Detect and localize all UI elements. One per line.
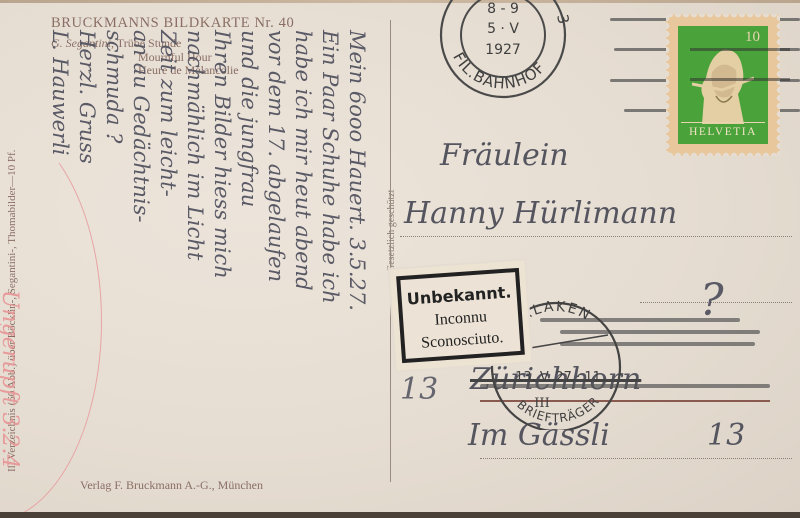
return-to-sender-label: Unbekannt. Inconnu Sconosciuto. [390, 260, 532, 370]
postmark-code: 3 [553, 13, 572, 26]
message-line: Zeit zum leicht- [154, 30, 181, 470]
message-line: Ein Paar Schuhe habe ich [316, 30, 343, 470]
message-line: an au Gedächtnis- [127, 30, 154, 470]
postmark-year: 1927 [485, 42, 521, 58]
stamp-country: HELVETIA [681, 122, 765, 141]
center-divider [390, 20, 391, 482]
message-line: Mein 6ooo Hauert. 3.5.27. [343, 30, 370, 470]
address-recipient-name: Hanny Hürlimann [404, 196, 677, 231]
label-unknown-de: Unbekannt. [401, 282, 517, 309]
message-line: habe ich mir heut abend [289, 30, 316, 470]
message-line: vor dem 17. abgelaufen [262, 30, 289, 470]
pencil-note: 13 [400, 372, 438, 407]
publisher-imprint: Verlag F. Bruckmann A.-G., München [80, 478, 263, 493]
postmark2-sub: BRIEFTRÄGER [514, 394, 602, 426]
message-line: Ihren Bilder hiess mich [208, 30, 235, 470]
card-top-edge [0, 0, 800, 3]
postmark-time: 8 - 9 [487, 1, 519, 17]
message-line: und die jungfrau [235, 30, 262, 470]
postmark2-roman: III [534, 396, 549, 411]
address-house-number: 13 [707, 418, 745, 453]
postage-stamp: 10 HELVETIA [666, 14, 780, 156]
copyright-note: Gesetzlich geschützt [386, 190, 397, 272]
stamp-cancel-line [690, 78, 790, 81]
label-unknown-fr: Inconnu [403, 306, 519, 332]
stamp-value: 10 [745, 29, 760, 46]
postmark-ring-icon: FIL.BAHNHOF 8 - 9 5 · V 1927 3 [434, 0, 572, 102]
message-line: L. Hauwerli [46, 30, 73, 470]
postcard: BRUCKMANNS BILDKARTE Nr. 40 G. Segantini… [0, 0, 800, 518]
address-salutation: Fräulein [440, 138, 569, 173]
message-line: Herzl. Gruss [73, 30, 100, 470]
label-frame: Unbekannt. Inconnu Sconosciuto. [396, 268, 525, 363]
postmark2-date: 13. V. 27 · 11 [515, 370, 601, 385]
stamp-field: 10 HELVETIA [678, 26, 768, 144]
message-line: nachmählich im Licht [181, 30, 208, 470]
handwritten-message: Mein 6ooo Hauert. 3.5.27. Ein Paar Schuh… [46, 30, 370, 470]
postmark-zurich: FIL.BAHNHOF 8 - 9 5 · V 1927 3 [434, 0, 572, 102]
address-line-rule [400, 236, 792, 237]
address-line-rule [480, 458, 792, 459]
label-unknown-it: Sconosciuto. [404, 328, 520, 354]
postmark-date: 5 · V [487, 21, 519, 37]
message-line: schmuda ? [100, 30, 127, 470]
question-mark-annotation: ? [700, 275, 724, 326]
svg-text:BRIEFTRÄGER: BRIEFTRÄGER [514, 394, 602, 426]
stamp-cancel-line [690, 48, 790, 51]
red-pencil-note: Ungerupft 3.2.4 [0, 290, 22, 469]
